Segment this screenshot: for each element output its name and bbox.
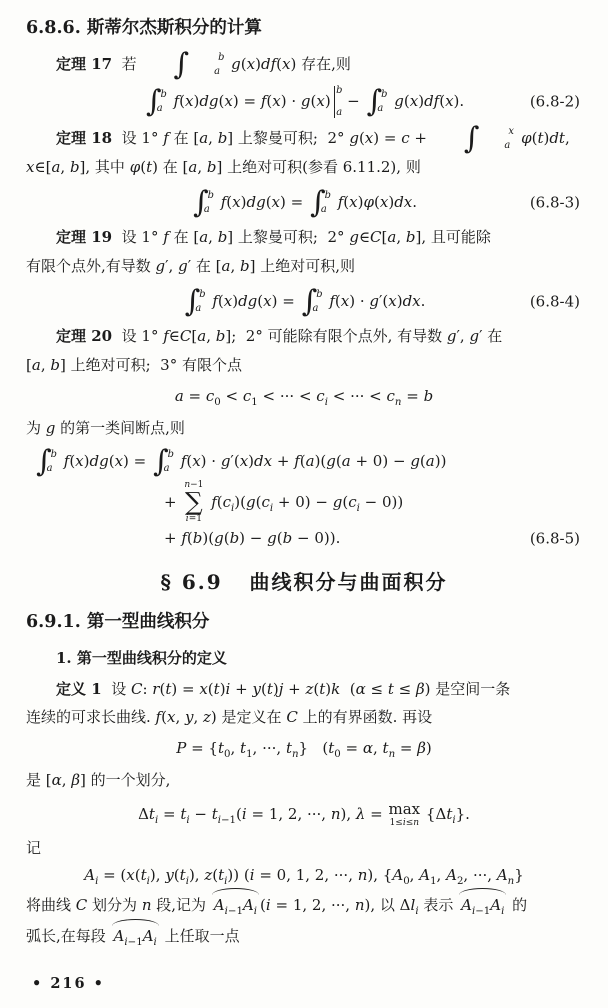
page-number: • 216 • bbox=[26, 971, 582, 998]
integral-sign: ∫ba bbox=[146, 88, 167, 117]
display-formula: + n−1∑i=1 f(ci)(g(ci + 0) − g(ci − 0)) bbox=[164, 481, 582, 524]
line-text: ∫ba f(x)dg(x) = ∫ba f(x) · g′(x)dx + f(a… bbox=[34, 452, 446, 470]
body-text-line: 定理 17 若 ∫ba g(x)df(x) 存在,则 bbox=[26, 51, 582, 80]
subsection-heading: 6.9.1. 第一型曲线积分 bbox=[26, 610, 582, 635]
integral-sign: ∫ba bbox=[310, 189, 331, 218]
line-text: 6.8.6. 斯蒂尔杰斯积分的计算 bbox=[26, 18, 262, 38]
integral-sign: ∫xa bbox=[434, 125, 515, 154]
line-text: ∫ba f(x)dg(x) = ∫ba f(x) · g′(x)dx. bbox=[183, 292, 426, 310]
arc-over-symbol: Ai−1Ai bbox=[212, 890, 259, 920]
body-text-line: 为 g 的第一类间断点,则 bbox=[26, 415, 582, 443]
line-text: § 6.9 曲线积分与曲面积分 bbox=[160, 570, 447, 594]
line-text: ∫ba f(x)dg(x) = ∫ba f(x)φ(x)dx. bbox=[191, 193, 417, 211]
equation-number: (6.8-2) bbox=[530, 92, 580, 112]
integral-sign: ∫ba bbox=[193, 189, 214, 218]
line-text: 连续的可求长曲线. f(x, y, z) 是定义在 C 上的有界函数. 再设 bbox=[26, 708, 432, 726]
line-text: 是 [α, β] 的一个划分, bbox=[26, 771, 170, 789]
line-text: + n−1∑i=1 f(ci)(g(ci + 0) − g(ci − 0)) bbox=[164, 493, 403, 511]
evaluation-bar: ba bbox=[331, 86, 343, 118]
body-text-line: 弧长,在每段 Ai−1Ai 上任取一点 bbox=[26, 921, 582, 951]
display-formula: ∫ba f(x)dg(x) = ∫ba f(x) · g′(x)dx.(6.8-… bbox=[26, 288, 582, 317]
subsection-heading: 6.8.6. 斯蒂尔杰斯积分的计算 bbox=[26, 16, 582, 41]
integral-sign: ∫ba bbox=[367, 88, 388, 117]
arc-over-symbol: Ai−1Ai bbox=[112, 921, 159, 951]
body-text-line: 是 [α, β] 的一个划分, bbox=[26, 767, 582, 795]
integral-sign: ∫ba bbox=[302, 288, 323, 317]
body-text-line: 定理 19 设 1° f 在 [a, b] 上黎曼可积; 2° g∈C[a, b… bbox=[26, 224, 582, 252]
line-text: 定理 18 设 1° f 在 [a, b] 上黎曼可积; 2° g(x) = c… bbox=[56, 129, 570, 147]
body-text-line: 定理 20 设 1° f∈C[a, b]; 2° 可能除有限个点外, 有导数 g… bbox=[26, 323, 582, 351]
line-text: 弧长,在每段 Ai−1Ai 上任取一点 bbox=[26, 927, 240, 945]
line-text: [a, b] 上绝对可积; 3° 有限个点 bbox=[26, 356, 242, 374]
line-text: P = {t0, t1, ···, tn} (t0 = α, tn = β) bbox=[176, 739, 432, 757]
line-text: 有限个点外,有导数 g′, g′ 在 [a, b] 上绝对可积,则 bbox=[26, 257, 355, 275]
list-item-heading: 1. 第一型曲线积分的定义 bbox=[26, 645, 582, 673]
integral-sign: ∫ba bbox=[185, 288, 206, 317]
equation-number: (6.8-5) bbox=[530, 529, 580, 549]
body-text-line: 连续的可求长曲线. f(x, y, z) 是定义在 C 上的有界函数. 再设 bbox=[26, 704, 582, 732]
body-text-line: 有限个点外,有导数 g′, g′ 在 [a, b] 上绝对可积,则 bbox=[26, 253, 582, 281]
line-text: • 216 • bbox=[32, 975, 105, 992]
body-text-line: x∈[a, b], 其中 φ(t) 在 [a, b] 上绝对可积(参看 6.11… bbox=[26, 154, 582, 182]
line-text: 定理 17 若 ∫ba g(x)df(x) 存在,则 bbox=[56, 55, 351, 73]
equation-number: (6.8-4) bbox=[530, 292, 580, 312]
line-text: 6.9.1. 第一型曲线积分 bbox=[26, 612, 209, 632]
line-text: 定义 1 设 C: r(t) = x(t)i + y(t)j + z(t)k (… bbox=[56, 680, 510, 698]
body-text-line: 定义 1 设 C: r(t) = x(t)i + y(t)j + z(t)k (… bbox=[26, 676, 582, 704]
line-text: 1. 第一型曲线积分的定义 bbox=[56, 649, 227, 667]
body-text-line: 记 bbox=[26, 835, 582, 863]
max-operator: max1≤i≤n bbox=[389, 802, 421, 828]
line-text: 定理 19 设 1° f 在 [a, b] 上黎曼可积; 2° g∈C[a, b… bbox=[56, 228, 491, 246]
body-text-line: 将曲线 C 划分为 n 段,记为 Ai−1Ai(i = 1, 2, ···, n… bbox=[26, 890, 582, 920]
display-formula: a = c0 < c1 < ··· < ci < ··· < cn = b bbox=[26, 387, 582, 408]
line-text: a = c0 < c1 < ··· < ci < ··· < cn = b bbox=[175, 387, 433, 405]
display-formula: P = {t0, t1, ···, tn} (t0 = α, tn = β) bbox=[26, 739, 582, 760]
line-text: 将曲线 C 划分为 n 段,记为 Ai−1Ai(i = 1, 2, ···, n… bbox=[26, 896, 527, 914]
display-formula: Δti = ti − ti−1(i = 1, 2, ···, n), λ = m… bbox=[26, 802, 582, 828]
line-text: 定理 20 设 1° f∈C[a, b]; 2° 可能除有限个点外, 有导数 g… bbox=[56, 327, 502, 345]
page-content: 6.8.6. 斯蒂尔杰斯积分的计算定理 17 若 ∫ba g(x)df(x) 存… bbox=[26, 16, 582, 997]
display-formula: ∫ba f(x)dg(x) = ∫ba f(x) · g′(x)dx + f(a… bbox=[34, 448, 582, 477]
integral-sign: ∫ba bbox=[153, 448, 174, 477]
arc-over-symbol: Ai−1Ai bbox=[459, 890, 506, 920]
display-formula: + f(b)(g(b) − g(b − 0)).(6.8-5) bbox=[164, 529, 582, 549]
line-text: + f(b)(g(b) − g(b − 0)). bbox=[164, 529, 340, 547]
line-text: ∫ba f(x)dg(x) = f(x) · g(x)ba − ∫ba g(x)… bbox=[144, 92, 464, 110]
line-text: x∈[a, b], 其中 φ(t) 在 [a, b] 上绝对可积(参看 6.11… bbox=[26, 158, 421, 176]
summation-sign: n−1∑i=1 bbox=[184, 481, 203, 524]
line-text: Δti = ti − ti−1(i = 1, 2, ···, n), λ = m… bbox=[138, 805, 470, 823]
line-text: 记 bbox=[26, 839, 41, 857]
equation-number: (6.8-3) bbox=[530, 193, 580, 213]
line-text: Ai = (x(ti), y(ti), z(ti)) (i = 0, 1, 2,… bbox=[84, 866, 524, 884]
book-page: 6.8.6. 斯蒂尔杰斯积分的计算定理 17 若 ∫ba g(x)df(x) 存… bbox=[0, 0, 608, 1008]
display-formula: Ai = (x(ti), y(ti), z(ti)) (i = 0, 1, 2,… bbox=[26, 866, 582, 887]
line-text: 为 g 的第一类间断点,则 bbox=[26, 419, 185, 437]
display-formula: ∫ba f(x)dg(x) = f(x) · g(x)ba − ∫ba g(x)… bbox=[26, 86, 582, 118]
integral-sign: ∫ba bbox=[143, 51, 224, 80]
body-text-line: [a, b] 上绝对可积; 3° 有限个点 bbox=[26, 352, 582, 380]
integral-sign: ∫ba bbox=[36, 448, 57, 477]
body-text-line: 定理 18 设 1° f 在 [a, b] 上黎曼可积; 2° g(x) = c… bbox=[26, 125, 582, 154]
display-formula: ∫ba f(x)dg(x) = ∫ba f(x)φ(x)dx.(6.8-3) bbox=[26, 189, 582, 218]
section-title: § 6.9 曲线积分与曲面积分 bbox=[26, 568, 582, 596]
